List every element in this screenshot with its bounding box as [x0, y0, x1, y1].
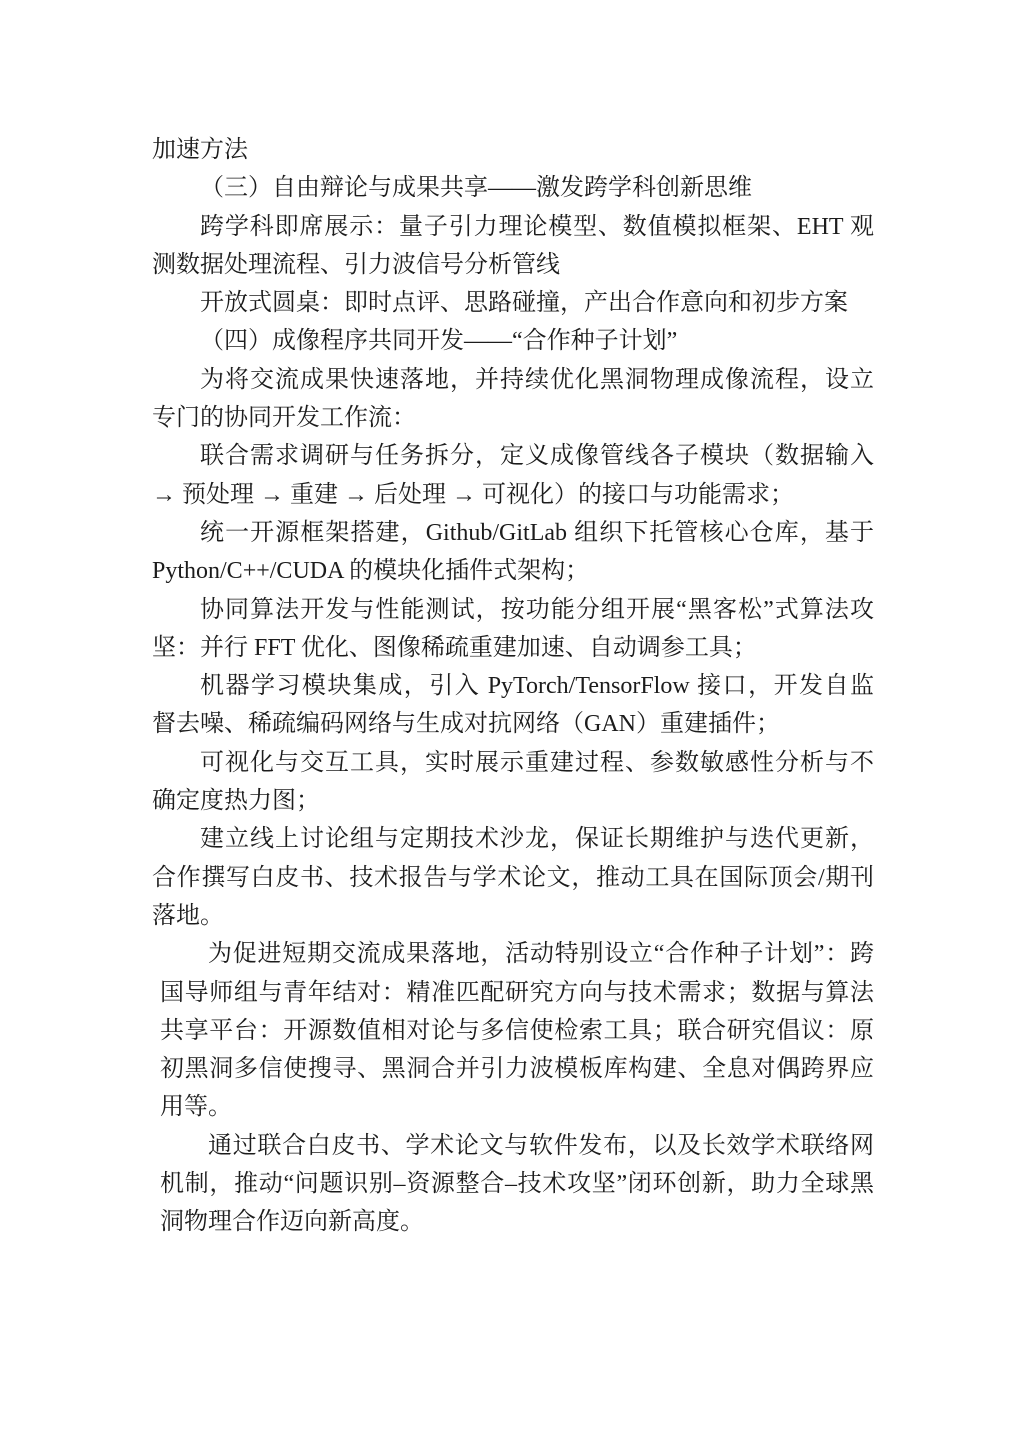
text-line: Python/C++/CUDA 的模块化插件式架构；: [152, 552, 874, 590]
text-line: 联合需求调研与任务拆分，定义成像管线各子模块（数据输入: [152, 437, 874, 475]
text-line: 合作撰写白皮书、技术报告与学术论文，推动工具在国际顶会/期刊: [152, 859, 874, 897]
text-line: 共享平台：开源数值相对论与多信使检索工具；联合研究倡议：原: [160, 1012, 874, 1050]
text-line: 为将交流成果快速落地，并持续优化黑洞物理成像流程，设立: [152, 361, 874, 399]
text-line: 初黑洞多信使搜寻、黑洞合并引力波模板库构建、全息对偶跨界应: [160, 1050, 874, 1088]
text-line: 加速方法: [152, 131, 874, 169]
text-line: 可视化与交互工具，实时展示重建过程、参数敏感性分析与不: [152, 744, 874, 782]
text-line: 开放式圆桌：即时点评、思路碰撞，产出合作意向和初步方案: [152, 284, 874, 322]
text-line: 通过联合白皮书、学术论文与软件发布，以及长效学术联络网: [160, 1127, 874, 1165]
document-page: 加速方法 （三）自由辩论与成果共享——激发跨学科创新思维 跨学科即席展示：量子引…: [0, 0, 1024, 1448]
text-line: 确定度热力图；: [152, 782, 874, 820]
text-line: 机制，推动“问题识别–资源整合–技术攻坚”闭环创新，助力全球黑: [160, 1165, 874, 1203]
text-line: （三）自由辩论与成果共享——激发跨学科创新思维: [152, 169, 874, 207]
text-line: 落地。: [152, 897, 874, 935]
text-line: 测数据处理流程、引力波信号分析管线: [152, 246, 874, 284]
text-line: （四）成像程序共同开发——“合作种子计划”: [152, 322, 874, 360]
text-line: → 预处理 → 重建 → 后处理 → 可视化）的接口与功能需求；: [152, 476, 874, 514]
text-line: 机器学习模块集成，引入 PyTorch/TensorFlow 接口，开发自监: [152, 667, 874, 705]
page-text: 加速方法 （三）自由辩论与成果共享——激发跨学科创新思维 跨学科即席展示：量子引…: [152, 131, 874, 1242]
text-line: 为促进短期交流成果落地，活动特别设立“合作种子计划”：跨: [160, 935, 874, 973]
text-line: 统一开源框架搭建，Github/GitLab 组织下托管核心仓库，基于: [152, 514, 874, 552]
text-line: 协同算法开发与性能测试，按功能分组开展“黑客松”式算法攻: [152, 591, 874, 629]
text-line: 用等。: [160, 1088, 874, 1126]
text-line: 洞物理合作迈向新高度。: [160, 1203, 874, 1241]
text-line: 建立线上讨论组与定期技术沙龙，保证长期维护与迭代更新，: [152, 820, 874, 858]
text-line: 国导师组与青年结对：精准匹配研究方向与技术需求；数据与算法: [160, 974, 874, 1012]
text-line: 督去噪、稀疏编码网络与生成对抗网络（GAN）重建插件；: [152, 705, 874, 743]
text-line: 坚：并行 FFT 优化、图像稀疏重建加速、自动调参工具；: [152, 629, 874, 667]
text-line: 跨学科即席展示：量子引力理论模型、数值模拟框架、EHT 观: [152, 208, 874, 246]
text-line: 专门的协同开发工作流：: [152, 399, 874, 437]
